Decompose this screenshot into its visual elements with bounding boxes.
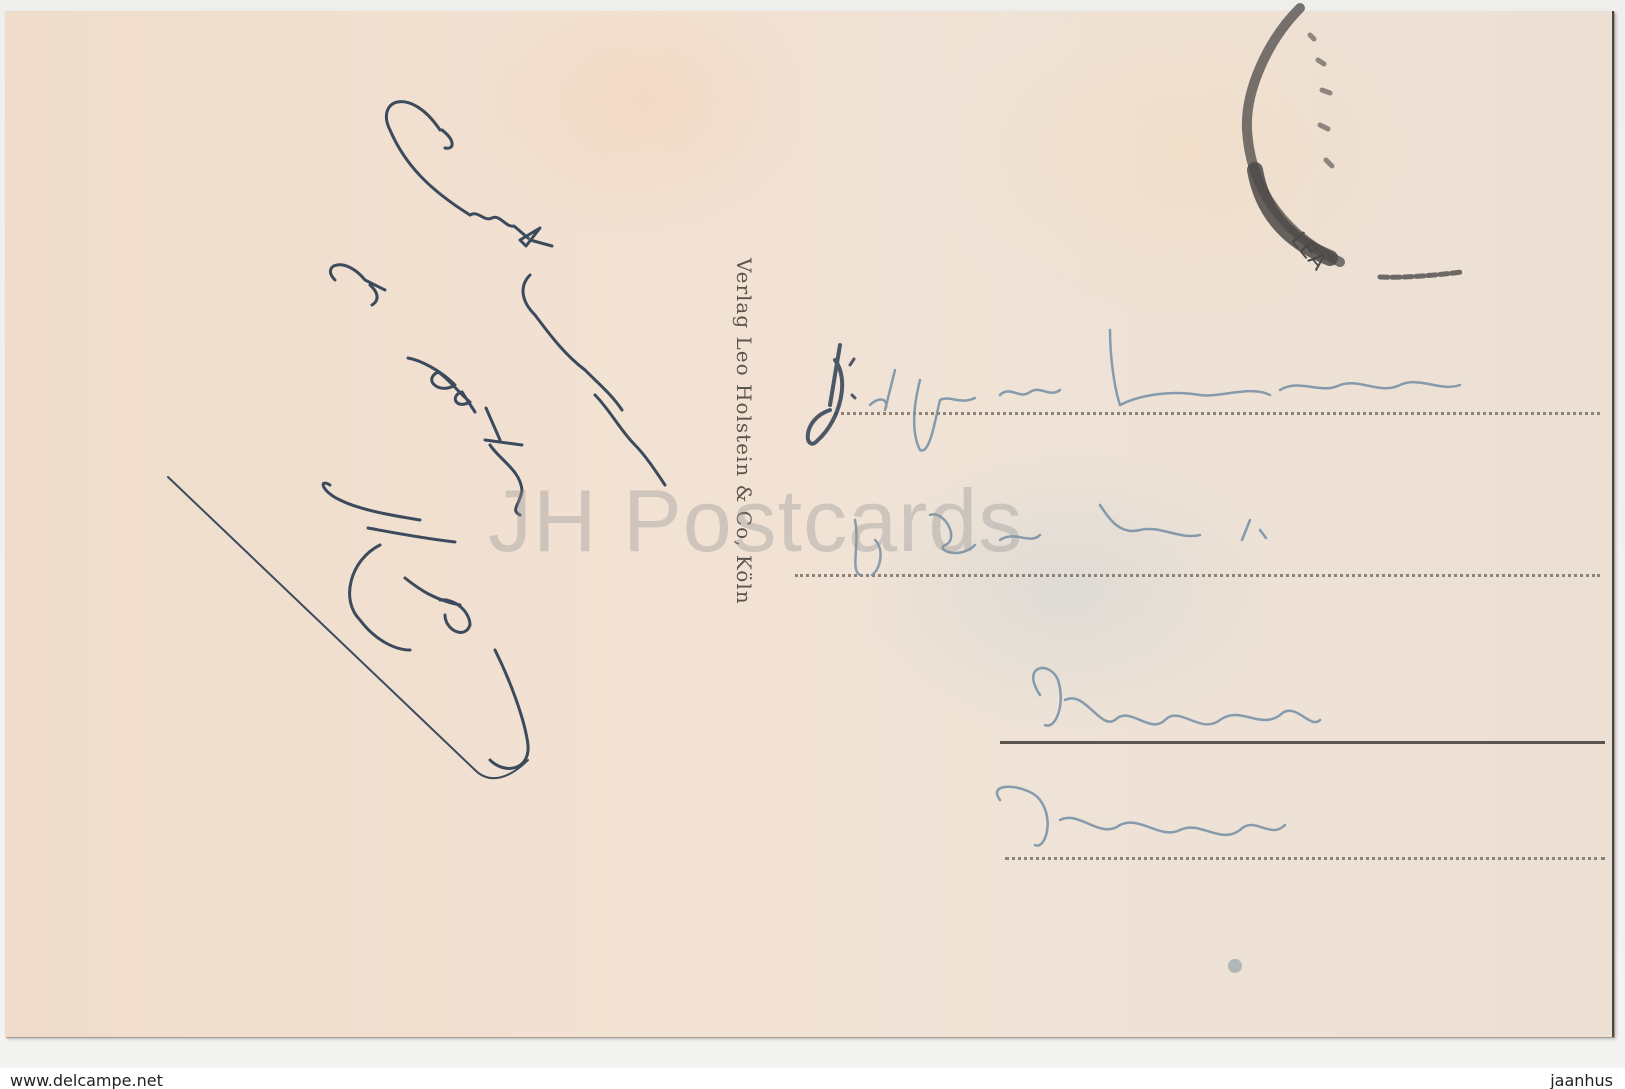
watermark: JH Postcards xyxy=(488,470,1023,572)
address-line-4 xyxy=(1005,857,1605,860)
address-line-1 xyxy=(835,412,1600,415)
seller-name-label: jaanhus xyxy=(1550,1071,1613,1089)
address-line-3 xyxy=(1000,741,1605,744)
source-site-label: www.delcampe.net xyxy=(10,1071,163,1089)
address-line-2 xyxy=(795,574,1600,577)
